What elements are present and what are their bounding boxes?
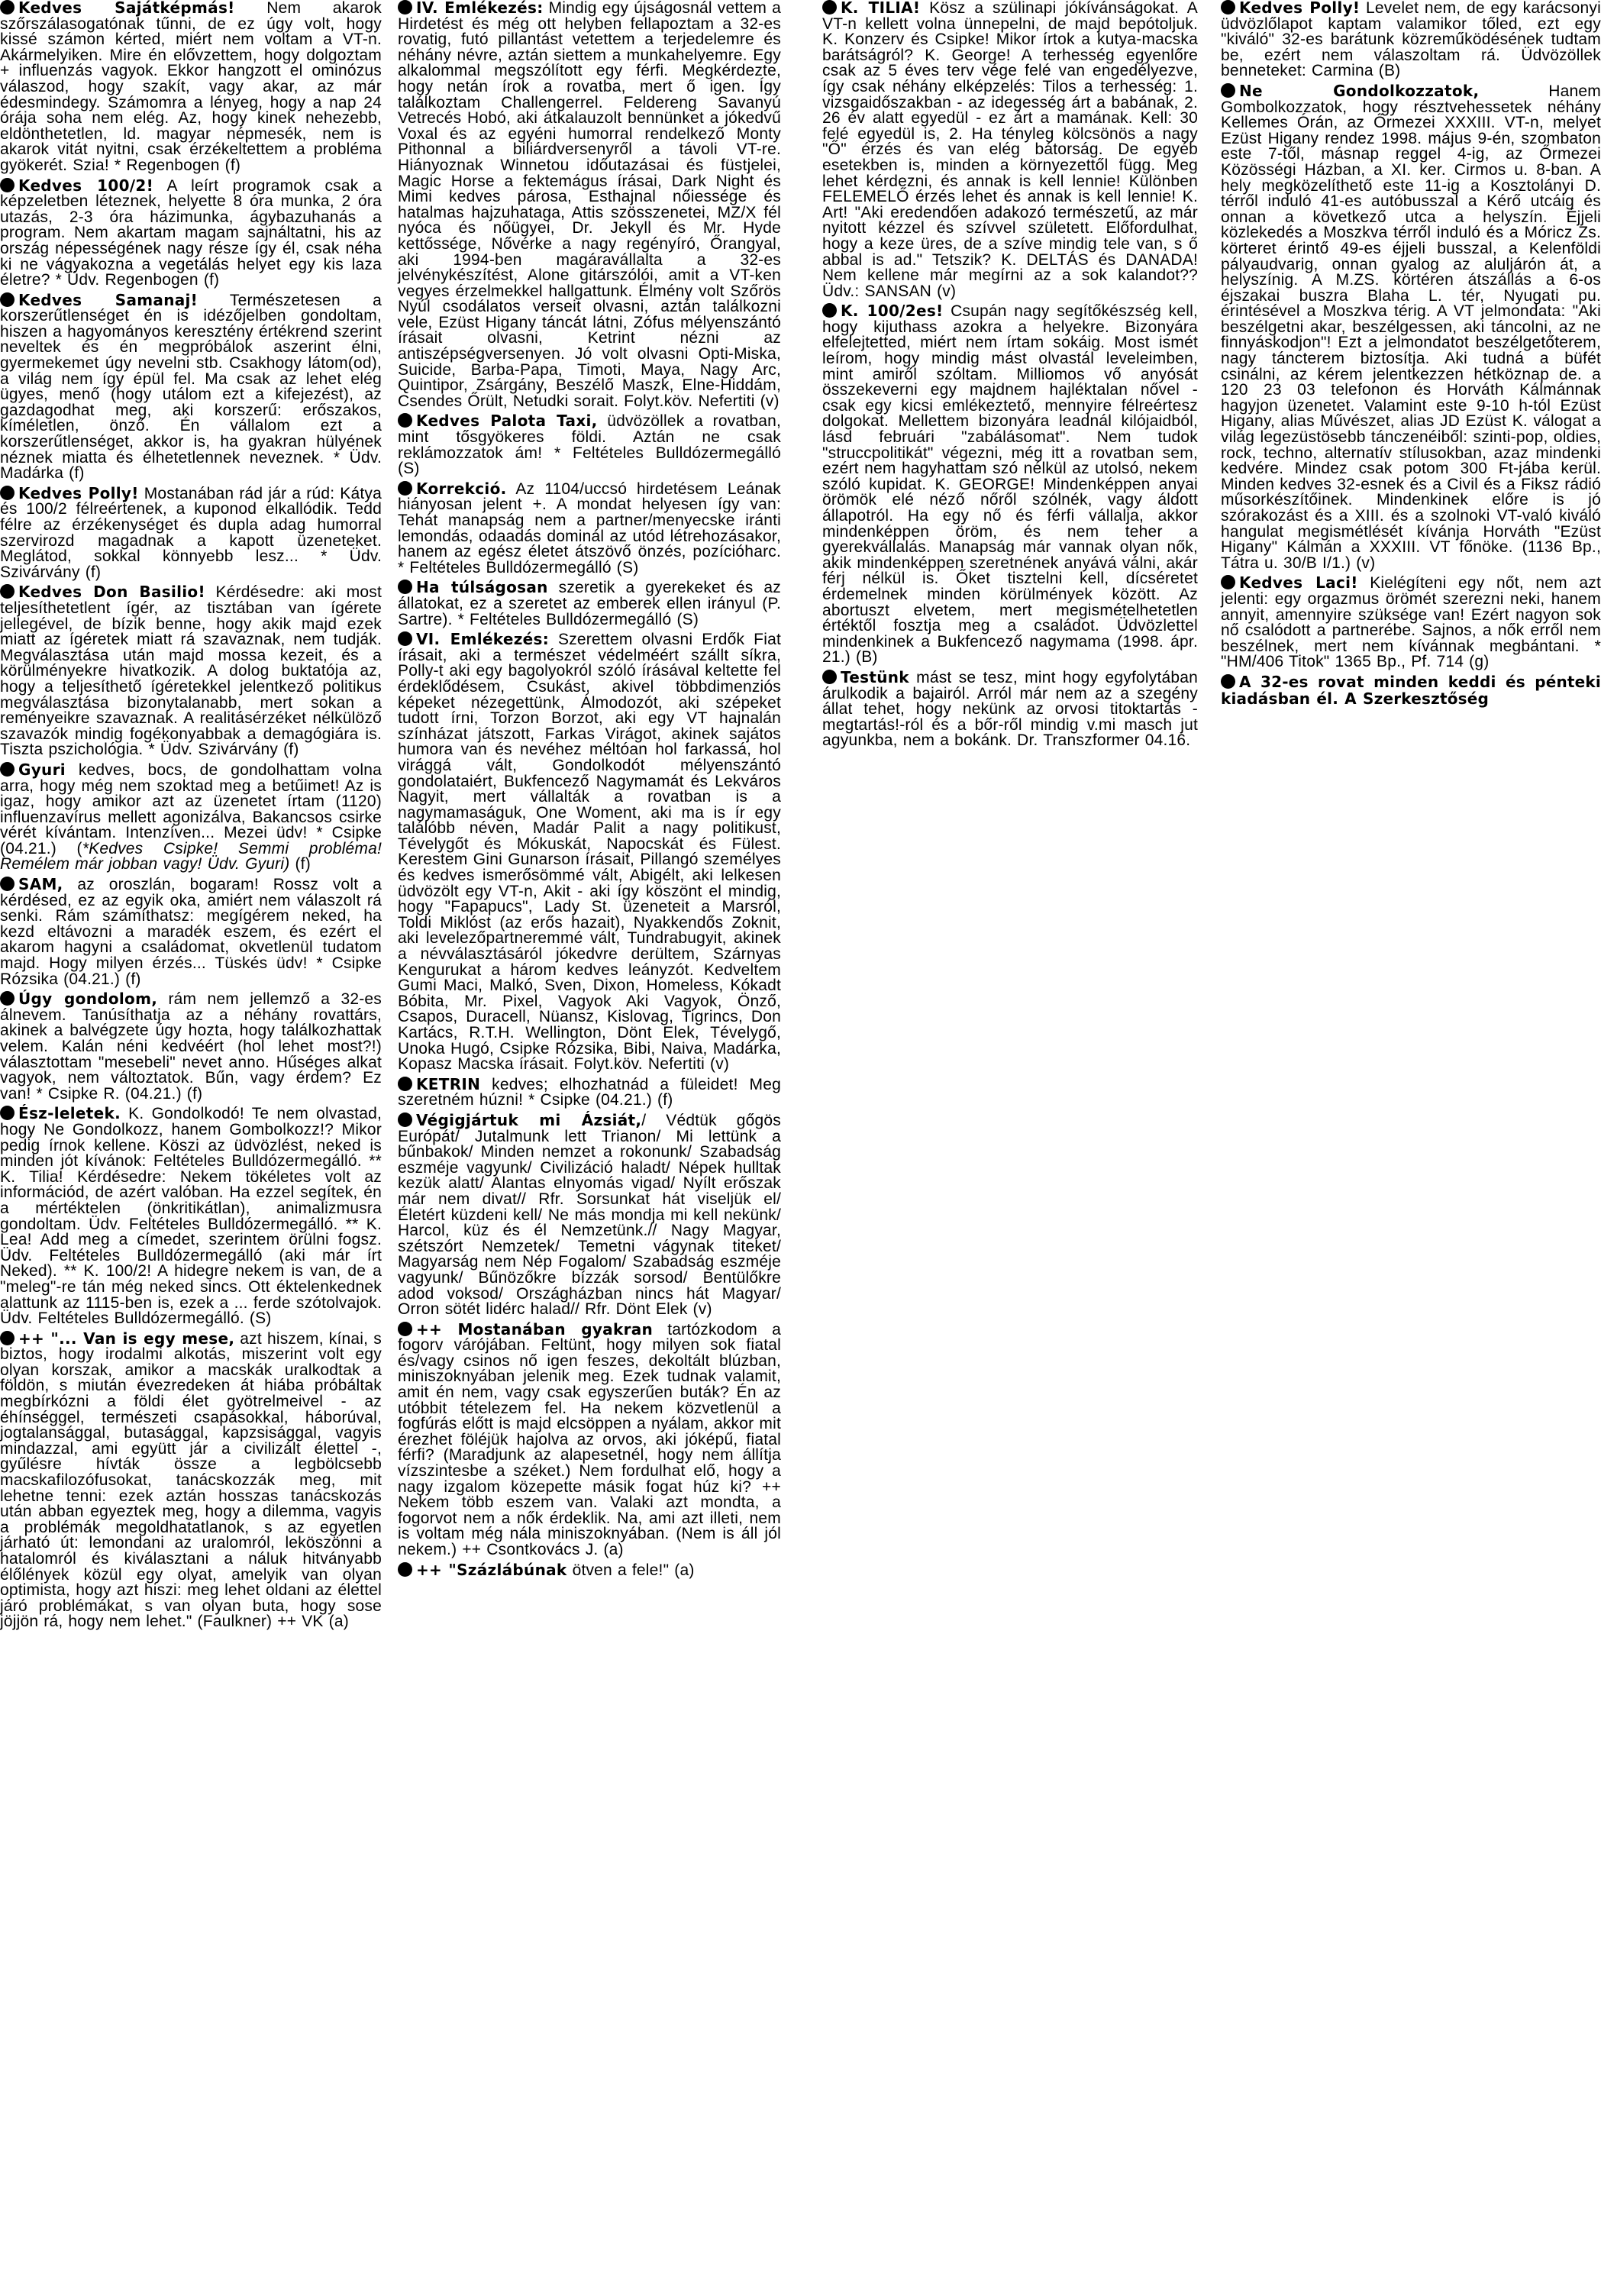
classified-ad: K. 100/2es! Csupán nagy segítőkészség ke… — [822, 303, 1198, 666]
ad-body: azt hiszem, kínai, s biztos, hogy irodal… — [0, 1330, 382, 1631]
ad-body: Kérdésedre: aki most teljesíthetetlent í… — [0, 583, 382, 758]
bullet-icon — [1221, 674, 1235, 689]
ad-body: Kösz a szülinapi jókívánságokat. A VT-n … — [822, 0, 1198, 300]
ad-lead: Kedves Polly! — [18, 484, 139, 502]
classified-ad: Kedves Don Basilio! Kérdésedre: aki most… — [0, 584, 382, 758]
classified-ad: ++ "... Van is egy mese, azt hiszem, kín… — [0, 1331, 382, 1630]
bullet-icon — [822, 670, 837, 684]
classified-ad: Korrekció. Az 1104/uccsó hirdetésem Leán… — [398, 481, 781, 576]
classified-page: Kedves Sajátképmás! Nem akarok szőrszála… — [0, 0, 1601, 2296]
ad-body: A leírt programok csak a képzeletben lét… — [0, 177, 382, 289]
bullet-icon — [398, 0, 412, 15]
bullet-icon — [822, 303, 837, 318]
ad-lead: ++ Mostanában gyakran — [416, 1320, 653, 1339]
ad-body: rám nem jellemző a 32-es álnevem. Tanúsí… — [0, 990, 382, 1103]
ad-body: ötven a fele!" (a) — [567, 1561, 695, 1579]
ad-lead: Gyuri — [18, 760, 66, 779]
bullet-icon — [1221, 0, 1235, 15]
bullet-icon — [398, 631, 412, 646]
bullet-icon — [0, 762, 15, 777]
classified-ad: K. TILIA! Kösz a szülinapi jókívánságoka… — [822, 0, 1198, 299]
classified-ad: VI. Emlékezés: Szerettem olvasni Erdők F… — [398, 631, 781, 1073]
ad-body: az oroszlán, bogaram! Rossz volt a kérdé… — [0, 876, 382, 988]
ad-lead: Ész-leletek. — [18, 1104, 121, 1122]
bullet-icon — [398, 580, 412, 594]
column-2: IV. Emlékezés: Mindig egy újságosnál vet… — [398, 0, 781, 1582]
classified-ad: Ész-leletek. K. Gondolkodó! Te nem olvas… — [0, 1106, 382, 1326]
bullet-icon — [398, 1077, 412, 1091]
bullet-icon — [398, 1562, 412, 1577]
bullet-icon — [398, 481, 412, 496]
ad-body: / Védtük gőgös Európát/ Jutalmunk lett T… — [398, 1112, 781, 1318]
classified-ad: Ha túlságosan szeretik a gyerekeket és a… — [398, 580, 781, 628]
bullet-icon — [0, 877, 15, 891]
bullet-icon — [0, 991, 15, 1006]
bullet-icon — [1221, 83, 1235, 98]
ad-body: Hanem Gombolkozzatok, hogy résztvehesset… — [1221, 82, 1601, 572]
classified-ad: Testünk mást se tesz, mint hogy egyfolyt… — [822, 670, 1198, 749]
bullet-icon — [0, 0, 15, 15]
ad-lead: ++ "... Van is egy mese, — [18, 1329, 234, 1348]
classified-ad: SAM, az oroszlán, bogaram! Rossz volt a … — [0, 877, 382, 987]
classified-ad: ++ Mostanában gyakran tartózkodom a fogo… — [398, 1322, 781, 1558]
ad-body: Mindig egy újságosnál vettem a Hirdetést… — [398, 0, 781, 410]
classified-ad: Ne Gondolkozzatok, Hanem Gombolkozzatok,… — [1221, 83, 1601, 571]
ad-lead: K. 100/2es! — [841, 302, 943, 320]
bullet-icon — [1221, 575, 1235, 589]
classified-ad: Kedves Polly! Levelet nem, de egy karács… — [1221, 0, 1601, 79]
classified-ad: Gyuri kedves, bocs, de gondolhattam voln… — [0, 762, 382, 873]
ad-body: K. Gondolkodó! Te nem olvastad, hogy Ne … — [0, 1105, 382, 1327]
bullet-icon — [398, 1322, 412, 1336]
ad-lead: Kedves Palota Taxi, — [416, 412, 598, 430]
bullet-icon — [0, 486, 15, 500]
bullet-icon — [0, 584, 15, 599]
classified-ad: Kedves Palota Taxi, üdvözöllek a rovatba… — [398, 413, 781, 476]
ad-lead: ++ "Százlábúnak — [416, 1561, 567, 1579]
bullet-icon — [0, 292, 15, 307]
ad-lead: Ne Gondolkozzatok, — [1239, 82, 1479, 100]
ad-lead: Úgy gondolom, — [18, 990, 157, 1008]
ad-lead: Végigjártuk mi Ázsiát, — [416, 1111, 641, 1129]
ad-lead: Kedves Don Basilio! — [18, 583, 205, 601]
ad-body: Szerettem olvasni Erdők Fiat írásait, ak… — [398, 631, 781, 1073]
column-1: Kedves Sajátképmás! Nem akarok szőrszála… — [0, 0, 382, 1634]
bullet-icon — [0, 178, 15, 192]
column-4: Kedves Polly! Levelet nem, de egy karács… — [1221, 0, 1601, 711]
bullet-icon — [0, 1331, 15, 1345]
column-3: K. TILIA! Kösz a szülinapi jókívánságoka… — [822, 0, 1198, 753]
ad-lead: VI. Emlékezés: — [416, 630, 549, 648]
classified-ad: KETRIN kedves; elhozhatnád a füleidet! M… — [398, 1077, 781, 1109]
ad-body: Csupán nagy segítőkészség kell, hogy kij… — [822, 302, 1198, 666]
column-4-ads: Kedves Polly! Levelet nem, de egy karács… — [1221, 0, 1601, 670]
ad-lead: Testünk — [841, 668, 909, 686]
ad-lead: Korrekció. — [416, 480, 507, 498]
bullet-icon — [398, 1112, 412, 1127]
ad-lead: Kedves Laci! — [1239, 573, 1358, 592]
ad-body: Természetesen a korszerűtlenséget én is … — [0, 292, 382, 483]
classified-ad: Kedves Sajátképmás! Nem akarok szőrszála… — [0, 0, 382, 174]
classified-ad: Kedves 100/2! A leírt programok csak a k… — [0, 178, 382, 289]
ad-lead: KETRIN — [416, 1075, 480, 1093]
classified-ad: Kedves Laci! Kielégíteni egy nőt, nem az… — [1221, 575, 1601, 670]
closing-text: A 32-es rovat minden keddi és pénteki ki… — [1221, 673, 1601, 708]
classified-ad: Úgy gondolom, rám nem jellemző a 32-es á… — [0, 991, 382, 1102]
ad-lead: Ha túlságosan — [416, 578, 548, 596]
ad-body: Nem akarok szőrszálasogatónak tűnni, de … — [0, 0, 382, 174]
editorial-closing-note: A 32-es rovat minden keddi és pénteki ki… — [1221, 674, 1601, 707]
classified-ad: Kedves Polly! Mostanában rád jár a rúd: … — [0, 486, 382, 581]
ad-lead: Kedves Samanaj! — [18, 291, 198, 309]
ad-lead: SAM, — [18, 875, 63, 893]
classified-ad: IV. Emlékezés: Mindig egy újságosnál vet… — [398, 0, 781, 409]
classified-ad: ++ "Százlábúnak ötven a fele!" (a) — [398, 1562, 781, 1579]
classified-ad: Kedves Samanaj! Természetesen a korszerű… — [0, 292, 382, 482]
ad-body: tartózkodom a fogorv várójában. Feltünt,… — [398, 1321, 781, 1558]
bullet-icon — [0, 1106, 15, 1120]
classified-ad: Végigjártuk mi Ázsiát,/ Védtük gőgös Eur… — [398, 1112, 781, 1318]
ad-lead: Kedves 100/2! — [18, 176, 153, 195]
ad-tail: (f) — [289, 855, 310, 873]
bullet-icon — [822, 0, 837, 15]
bullet-icon — [398, 413, 412, 428]
